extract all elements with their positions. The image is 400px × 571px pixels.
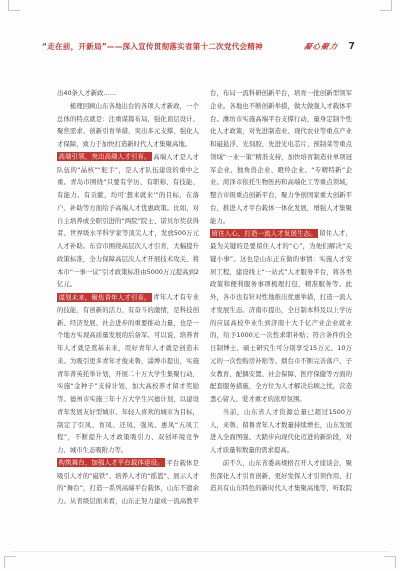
section-heading-highlight: 高端引领，突出高端人才引育。 [57, 152, 152, 161]
crop-mark-top-right [380, 0, 392, 11]
paragraph-text: 高端人才是人才队伍的“晶核”“舵手”，是人才队伍建设的重中之重。青岛市围绕“只要… [57, 153, 199, 289]
section-heading-highlight: 谋划未来，聚焦青年人才引育。 [57, 293, 152, 302]
crop-mark-top-left [8, 0, 20, 11]
paragraph-high-end-talent: 高端引领，突出高端人才引育。高端人才是人才队伍的“晶核”“舵手”，是人才队伍建设… [57, 151, 199, 291]
section-heading-highlight: 构筑舞台，加强人才平台载体建设。 [57, 458, 165, 467]
paragraph-talent-ecosystem: 留住人心，打造一流人才发展生态。留住人才，最为关键的是要留住人才的“心”，为他们… [210, 227, 352, 406]
paragraph-young-talent: 谋划未来，聚焦青年人才引育。青年人才有专业的技能、有创新的活力、有奋斗的激情，是… [57, 291, 199, 457]
paragraph-text: 当前，山东省人才资源总量已超过1500万人，来鲁、留鲁青年人才数量持续增长，山东… [210, 408, 352, 454]
masthead-logo: 凝心聚力 [303, 41, 339, 52]
paragraph-continuation: 出40条人才新政…… [57, 87, 199, 100]
crop-mark-bottom-left [4, 556, 16, 568]
paragraph-current-status: 当前，山东省人才资源总量已超过1500万人，来鲁、留鲁青年人才数量持续增长，山东… [210, 406, 352, 457]
paragraph-overview: 梳理回顾山东各地出台的各项人才新政，一个总体的特点就是：注重谋篇布局、强化顶层设… [57, 100, 199, 151]
paragraph-text: 青年人才有专业的技能、有创新的活力、有奋斗的激情，是科技创新、经济发展、社会进步… [57, 293, 199, 454]
crop-mark-bottom-right [384, 556, 396, 568]
section-heading-highlight: 留住人心，打造一流人才发展生态。 [210, 229, 318, 238]
article-body: 出40条人才新政…… 梳理回顾山东各地出台的各项人才新政，一个总体的特点就是：注… [57, 87, 352, 511]
page-number: 7 [348, 41, 355, 52]
paragraph-text: 留住人才，最为关键的是要留住人才的“心”，为他们解决“关键小事”。这也是山东正在… [210, 229, 352, 403]
magazine-page: “走在前，开新局”——深入宣传贯彻落实省第十二次党代会精神 凝心聚力 7 出40… [0, 0, 400, 571]
running-head: “走在前，开新局”——深入宣传贯彻落实省第十二次党代会精神 凝心聚力 7 [42, 39, 355, 53]
column-rubric: “走在前，开新局”——深入宣传贯彻落实省第十二次党代会精神 [42, 41, 263, 52]
page-bottom-rule [10, 551, 390, 552]
paragraph-text: 梳理回顾山东各地出台的各项人才新政，一个总体的特点就是：注重谋篇布局、强化顶层设… [57, 102, 199, 148]
paragraph-text: 出40条人才新政…… [57, 89, 116, 97]
